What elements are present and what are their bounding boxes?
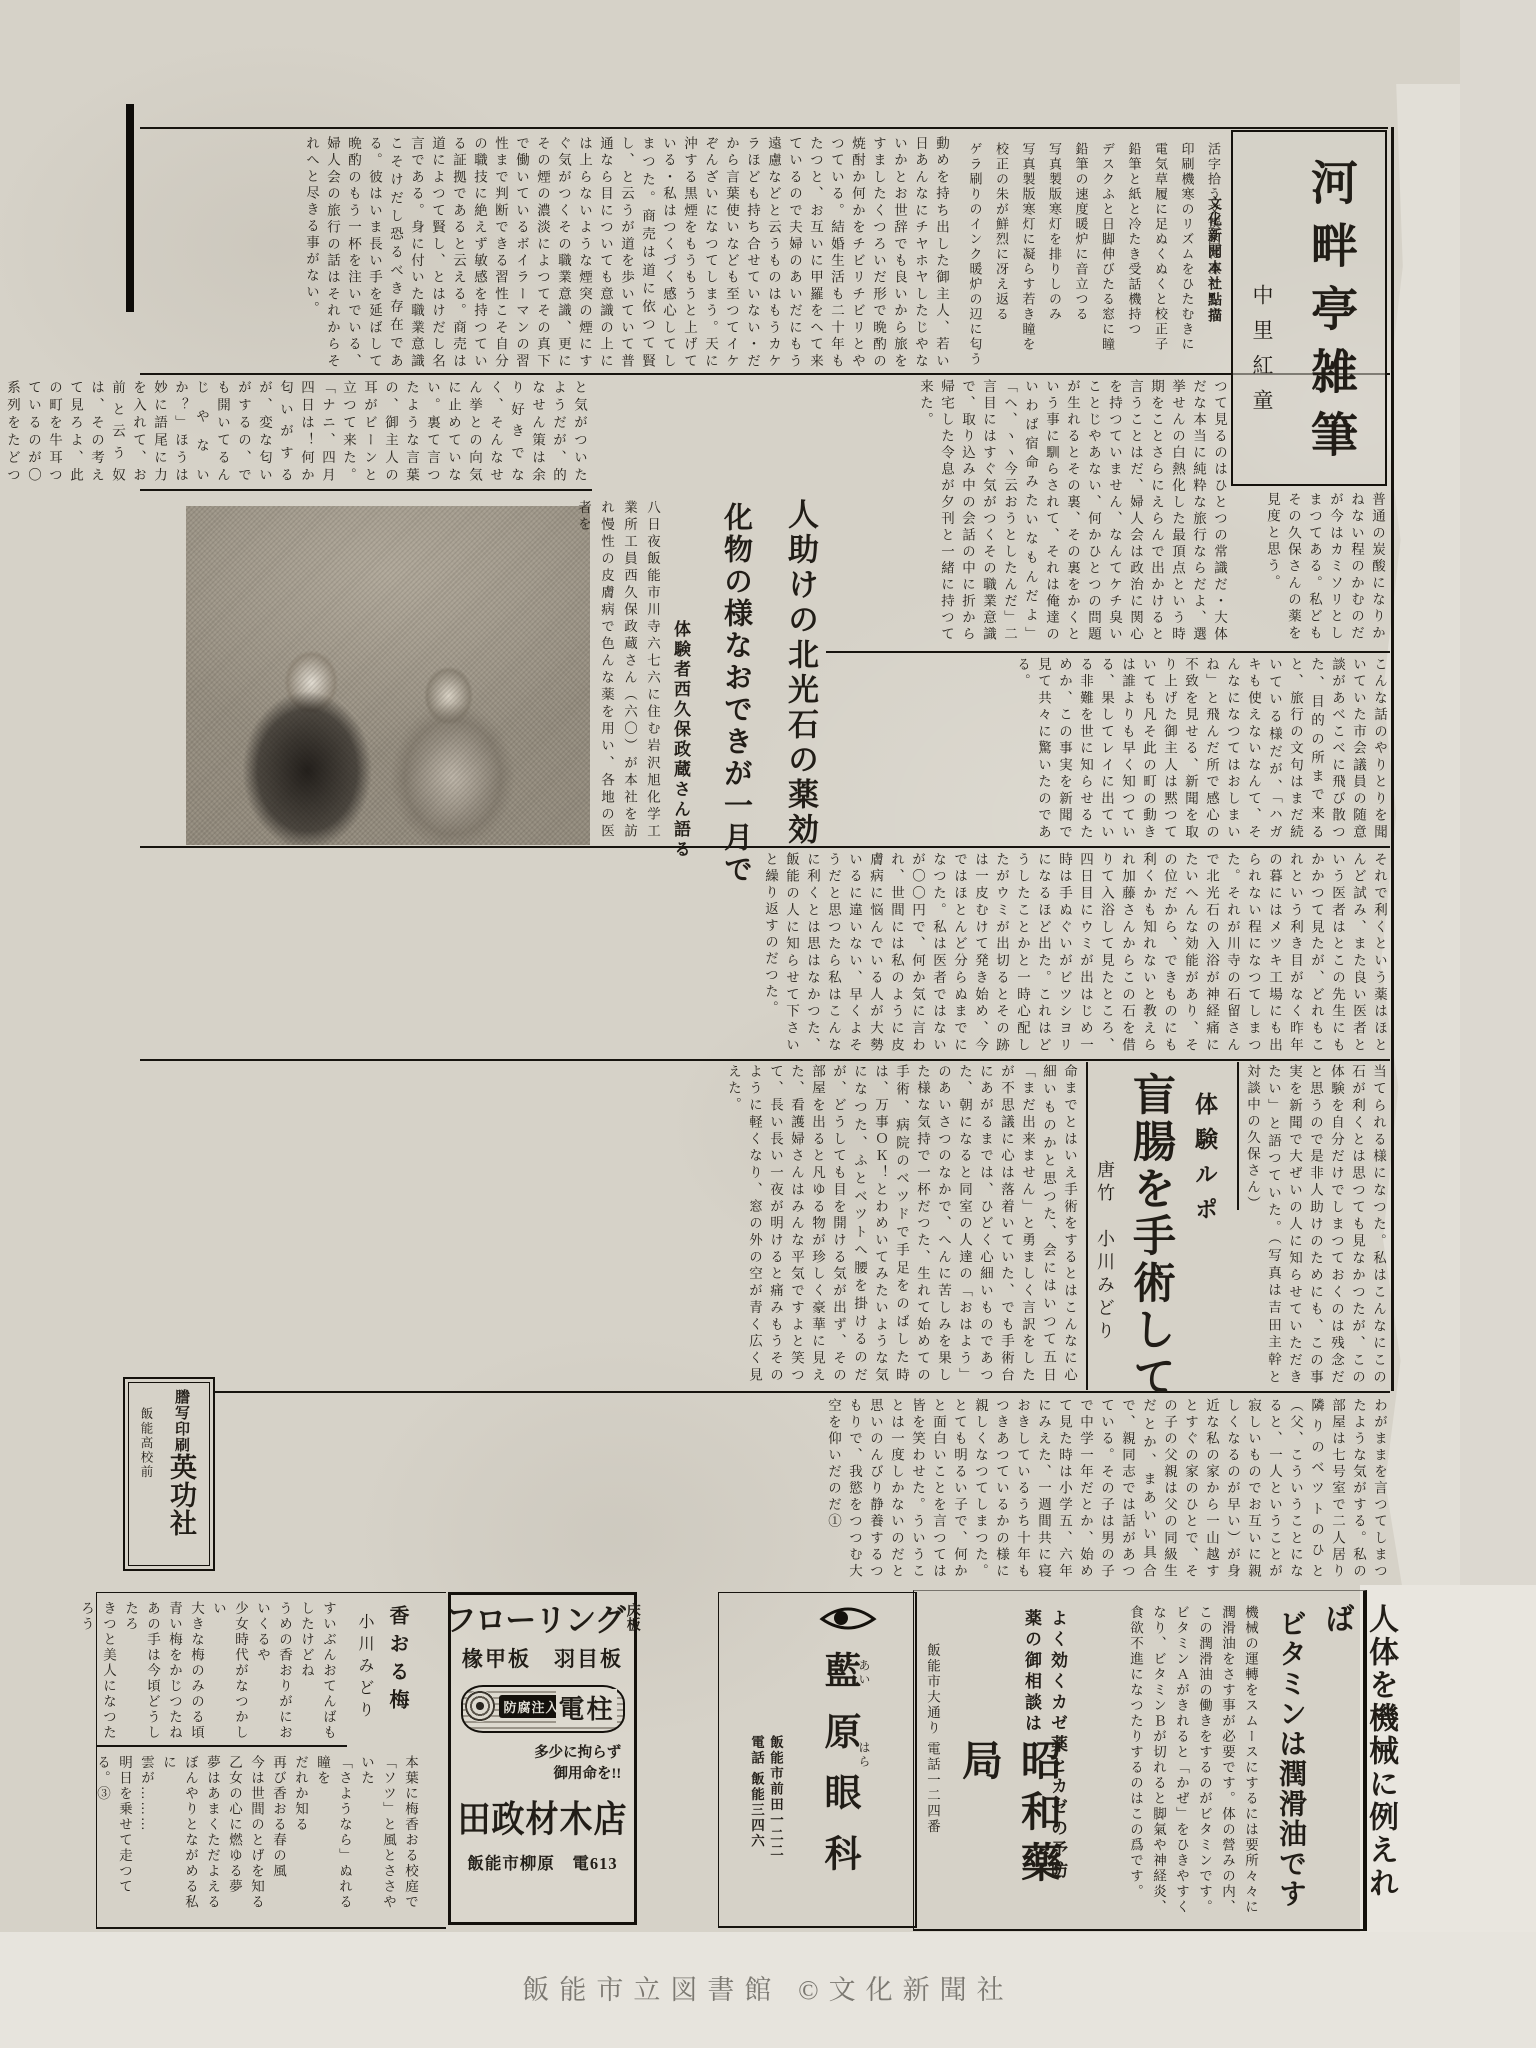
poem-stanza-2: 本葉に梅香おる校庭で 「ソツ」と風とささやいた 「さようなら」ぬれる瞳を だれか… bbox=[121, 1755, 421, 1921]
lumber-shop-ad: フローリング床板 椽甲板 羽目板 防腐注入 電柱 多少に拘らず御用命を!! 田政… bbox=[448, 1592, 637, 1925]
utility-pole-illustration: 防腐注入 電柱 bbox=[461, 1685, 625, 1733]
eikosha-print-ad: 謄写印刷英功社 飯能高校前 bbox=[123, 1377, 215, 1571]
pharmacy-headline-2: ビタミンは潤滑油です bbox=[1270, 1609, 1310, 1909]
feature-body-end: 当てられる様になつた。私はこんなにこの石が利くとは思つても見なかつたが、この体験… bbox=[1243, 1064, 1389, 1386]
eye-clinic-address: 飯能市前田一二二 電話 飯能三四六 bbox=[747, 1735, 785, 1859]
newspaper-page-scan: 河畔亭雑筆 中里紅童 文化新聞本社點描 活字拾う文選函に凍てし音 印刷機寒のリズ… bbox=[0, 0, 1536, 2048]
eye-clinic-furigana-1: あい bbox=[857, 1659, 871, 1687]
feature-lead: 八日夜飯能市川寺六七六に住む岩沢旭化学工業所工員西久保政蔵さん（六〇）が本社を訪… bbox=[594, 500, 664, 840]
eye-icon bbox=[819, 1607, 877, 1636]
library-copyright-caption: 飯能市立図書館 ©文化新聞社 bbox=[0, 1968, 1536, 2007]
eye-clinic-name: 藍原眼科 bbox=[811, 1651, 865, 1895]
lumber-slogan-line2: 御用命を!! bbox=[554, 1766, 622, 1782]
rule-band-c-top bbox=[826, 651, 1390, 653]
essay-body-columns: 動めを持ち出した御主人、若い日あんなにチヤホヤしたじやないかとお世辞でも良いから… bbox=[140, 136, 952, 370]
essay-author: 中里紅童 bbox=[1247, 284, 1277, 424]
feature-headline-2: 化物の様なおできが一月で bbox=[716, 502, 757, 886]
pole-end-rings-icon bbox=[465, 1690, 495, 1722]
left-edge-register-mark bbox=[126, 104, 134, 312]
rule-report-left bbox=[1086, 1062, 1088, 1390]
lumber-shop-address: 飯能市柳原 電613 bbox=[467, 1850, 617, 1874]
lumber-product: フローリング床板 bbox=[445, 1603, 639, 1639]
report-title: 盲腸を手術して bbox=[1120, 1072, 1181, 1401]
pharmacy-address: 飯能市大通り 電話一二四番 bbox=[922, 1643, 942, 1834]
report-body-columns: 命までとはいえ手術をするとはこんなに心細いものかと思つた、会にはいつて五日「まだ… bbox=[140, 1064, 1080, 1384]
poem-title: 香おる梅 bbox=[383, 1605, 412, 1717]
rule-band-a-bottom bbox=[140, 373, 1390, 375]
pharmacy-ad: 人体を機械に例えれば ビタミンは潤滑油です 機械の運轉をスムースにするには要所々… bbox=[913, 1590, 1367, 1931]
eye-clinic-furigana-2: はら bbox=[857, 1741, 871, 1769]
feature-subhead: 体験者西久保政蔵さん語る bbox=[668, 620, 693, 860]
eikosha-trade: 謄写印刷 bbox=[173, 1389, 189, 1453]
rule-right-border bbox=[1391, 127, 1394, 1391]
essay-body-columns-4: 普通の炭酸になりかねない程のかむのだが今はカミソリとしまつてある。私どもその久保… bbox=[1242, 492, 1388, 642]
haiku-column: 活字拾う文選函に凍てし音 印刷機寒のリズムをひたむきに 電気草履に足ぬくぬくと校… bbox=[958, 142, 1226, 370]
lumber-product-name: フローリング bbox=[445, 1603, 624, 1638]
essay-body-columns-2: と気がついたようだが、的なせん策は余り好きでなく、そんなせん挙との向気に止めてい… bbox=[140, 380, 590, 484]
feature-body-columns-2: それで利くという薬はほとんど試み、また良い医者という医者はとこの先生にもかかつて… bbox=[140, 852, 1390, 1054]
rule-band-d-top bbox=[140, 846, 1390, 848]
eye-clinic-ad: 藍原眼科 あい はら 飯能市前田一二二 電話 飯能三四六 bbox=[718, 1592, 917, 1928]
pole-product-label: 電柱 bbox=[556, 1689, 616, 1726]
report-section-label: 体験ルポ bbox=[1188, 1092, 1221, 1232]
rule-band-e-top bbox=[140, 1059, 1390, 1061]
eikosha-address: 飯能高校前 bbox=[137, 1407, 155, 1480]
poem-stanza-1: すいぶんおてんばもしたけどね うめの香おりがにおいくるや 少女時代がなつかしい … bbox=[101, 1601, 339, 1741]
eikosha-name: 英功社 bbox=[166, 1453, 196, 1537]
lumber-slogan-line1: 多少に拘らず bbox=[534, 1745, 621, 1761]
rule-band-f-top bbox=[140, 1391, 1390, 1393]
pole-treatment-label: 防腐注入 bbox=[499, 1695, 565, 1718]
lumber-boards: 椽甲板 羽目板 bbox=[462, 1643, 623, 1673]
report-body-columns-2: わがままを言つてしまつたような気がする。私の部屋は七号室で二人居り隣りのベツトの… bbox=[216, 1398, 1390, 1580]
article-photo bbox=[186, 506, 590, 845]
eikosha-ad-text: 謄写印刷英功社 bbox=[161, 1389, 201, 1537]
essay-body-columns-3: つて見るのはひとつの常識だ・大体だな本当に純粋な旅行ならだよ、選挙せんの白熱化し… bbox=[806, 379, 1230, 643]
pharmacy-name: 昭和藥局 bbox=[950, 1739, 1068, 1929]
report-author: 唐竹 小川みどり bbox=[1092, 1160, 1118, 1344]
poem-divider bbox=[97, 1745, 347, 1747]
essay-title: 河畔亭雑筆 bbox=[1297, 158, 1364, 473]
rule-top bbox=[140, 127, 1388, 129]
rule-above-photo bbox=[140, 489, 592, 491]
poem-block: 香おる梅 小川みどり すいぶんおてんばもしたけどね うめの香おりがにおいくるや … bbox=[96, 1592, 446, 1929]
feature-headline-1: 人助けの北光石の薬効 bbox=[778, 498, 823, 848]
rule-report-right bbox=[1237, 1062, 1239, 1210]
pharmacy-body: 機械の運轉をスムースにするには要所々々に潤滑油をさす事が必要です。体の營みの内、… bbox=[1144, 1605, 1262, 1917]
lumber-product-suffix: 床板 bbox=[625, 1603, 640, 1631]
poem-author: 小川みどり bbox=[353, 1613, 376, 1723]
feature-body: こんな話のやりとりを聞いていた市会議員の随意談があべこべに飛び散つた、目的の所ま… bbox=[826, 657, 1390, 841]
essay-headline-box: 河畔亭雑筆 中里紅童 bbox=[1231, 130, 1387, 486]
lumber-slogan: 多少に拘らず御用命を!! bbox=[464, 1743, 621, 1785]
lumber-shop-name: 田政材木店 bbox=[458, 1791, 628, 1843]
pharmacy-headline-1: 人体を機械に例えれば bbox=[1314, 1603, 1402, 1929]
